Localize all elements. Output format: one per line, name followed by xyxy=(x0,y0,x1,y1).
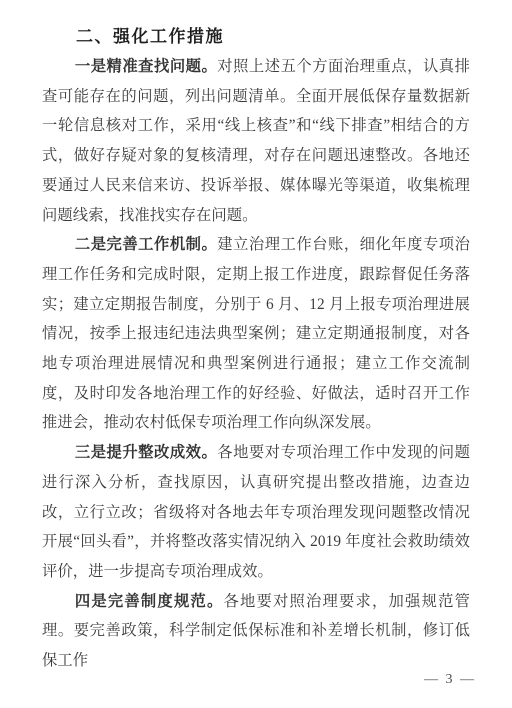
paragraph-3-text: 各地要对专项治理工作中发现的问题进行深入分析，查找原因，认真研究提出整改措施，边… xyxy=(42,444,470,580)
paragraph-4-lead: 四是完善制度规范。 xyxy=(75,593,224,610)
paragraph-1: 一是精准查找问题。对照上述五个方面治理重点，认真排查可能存在的问题，列出问题清单… xyxy=(42,52,470,230)
paragraph-1-lead: 一是精准查找问题。 xyxy=(75,58,217,75)
paragraph-1-text: 对照上述五个方面治理重点，认真排查可能存在的问题，列出问题清单。全面开展低保存量… xyxy=(42,58,470,224)
paragraph-2-text: 建立治理工作台账，细化年度专项治理工作任务和完成时限，定期上报工作进度，跟踪督促… xyxy=(42,236,470,431)
paragraph-2: 二是完善工作机制。建立治理工作台账，细化年度专项治理工作任务和完成时限，定期上报… xyxy=(42,230,470,438)
paragraph-2-lead: 二是完善工作机制。 xyxy=(75,236,217,253)
document-body: 二、强化工作措施 一是精准查找问题。对照上述五个方面治理重点，认真排查可能存在的… xyxy=(42,22,470,676)
paragraph-3: 三是提升整改成效。各地要对专项治理工作中发现的问题进行深入分析，查找原因，认真研… xyxy=(42,438,470,587)
page-number: — 3 — xyxy=(424,672,476,688)
section-heading: 二、强化工作措施 xyxy=(42,22,470,52)
paragraph-4: 四是完善制度规范。各地要对照治理要求，加强规范管理。要完善政策，科学制定低保标准… xyxy=(42,587,470,676)
document-page: 二、强化工作措施 一是精准查找问题。对照上述五个方面治理重点，认真排查可能存在的… xyxy=(0,0,512,708)
paragraph-3-lead: 三是提升整改成效。 xyxy=(75,444,217,461)
